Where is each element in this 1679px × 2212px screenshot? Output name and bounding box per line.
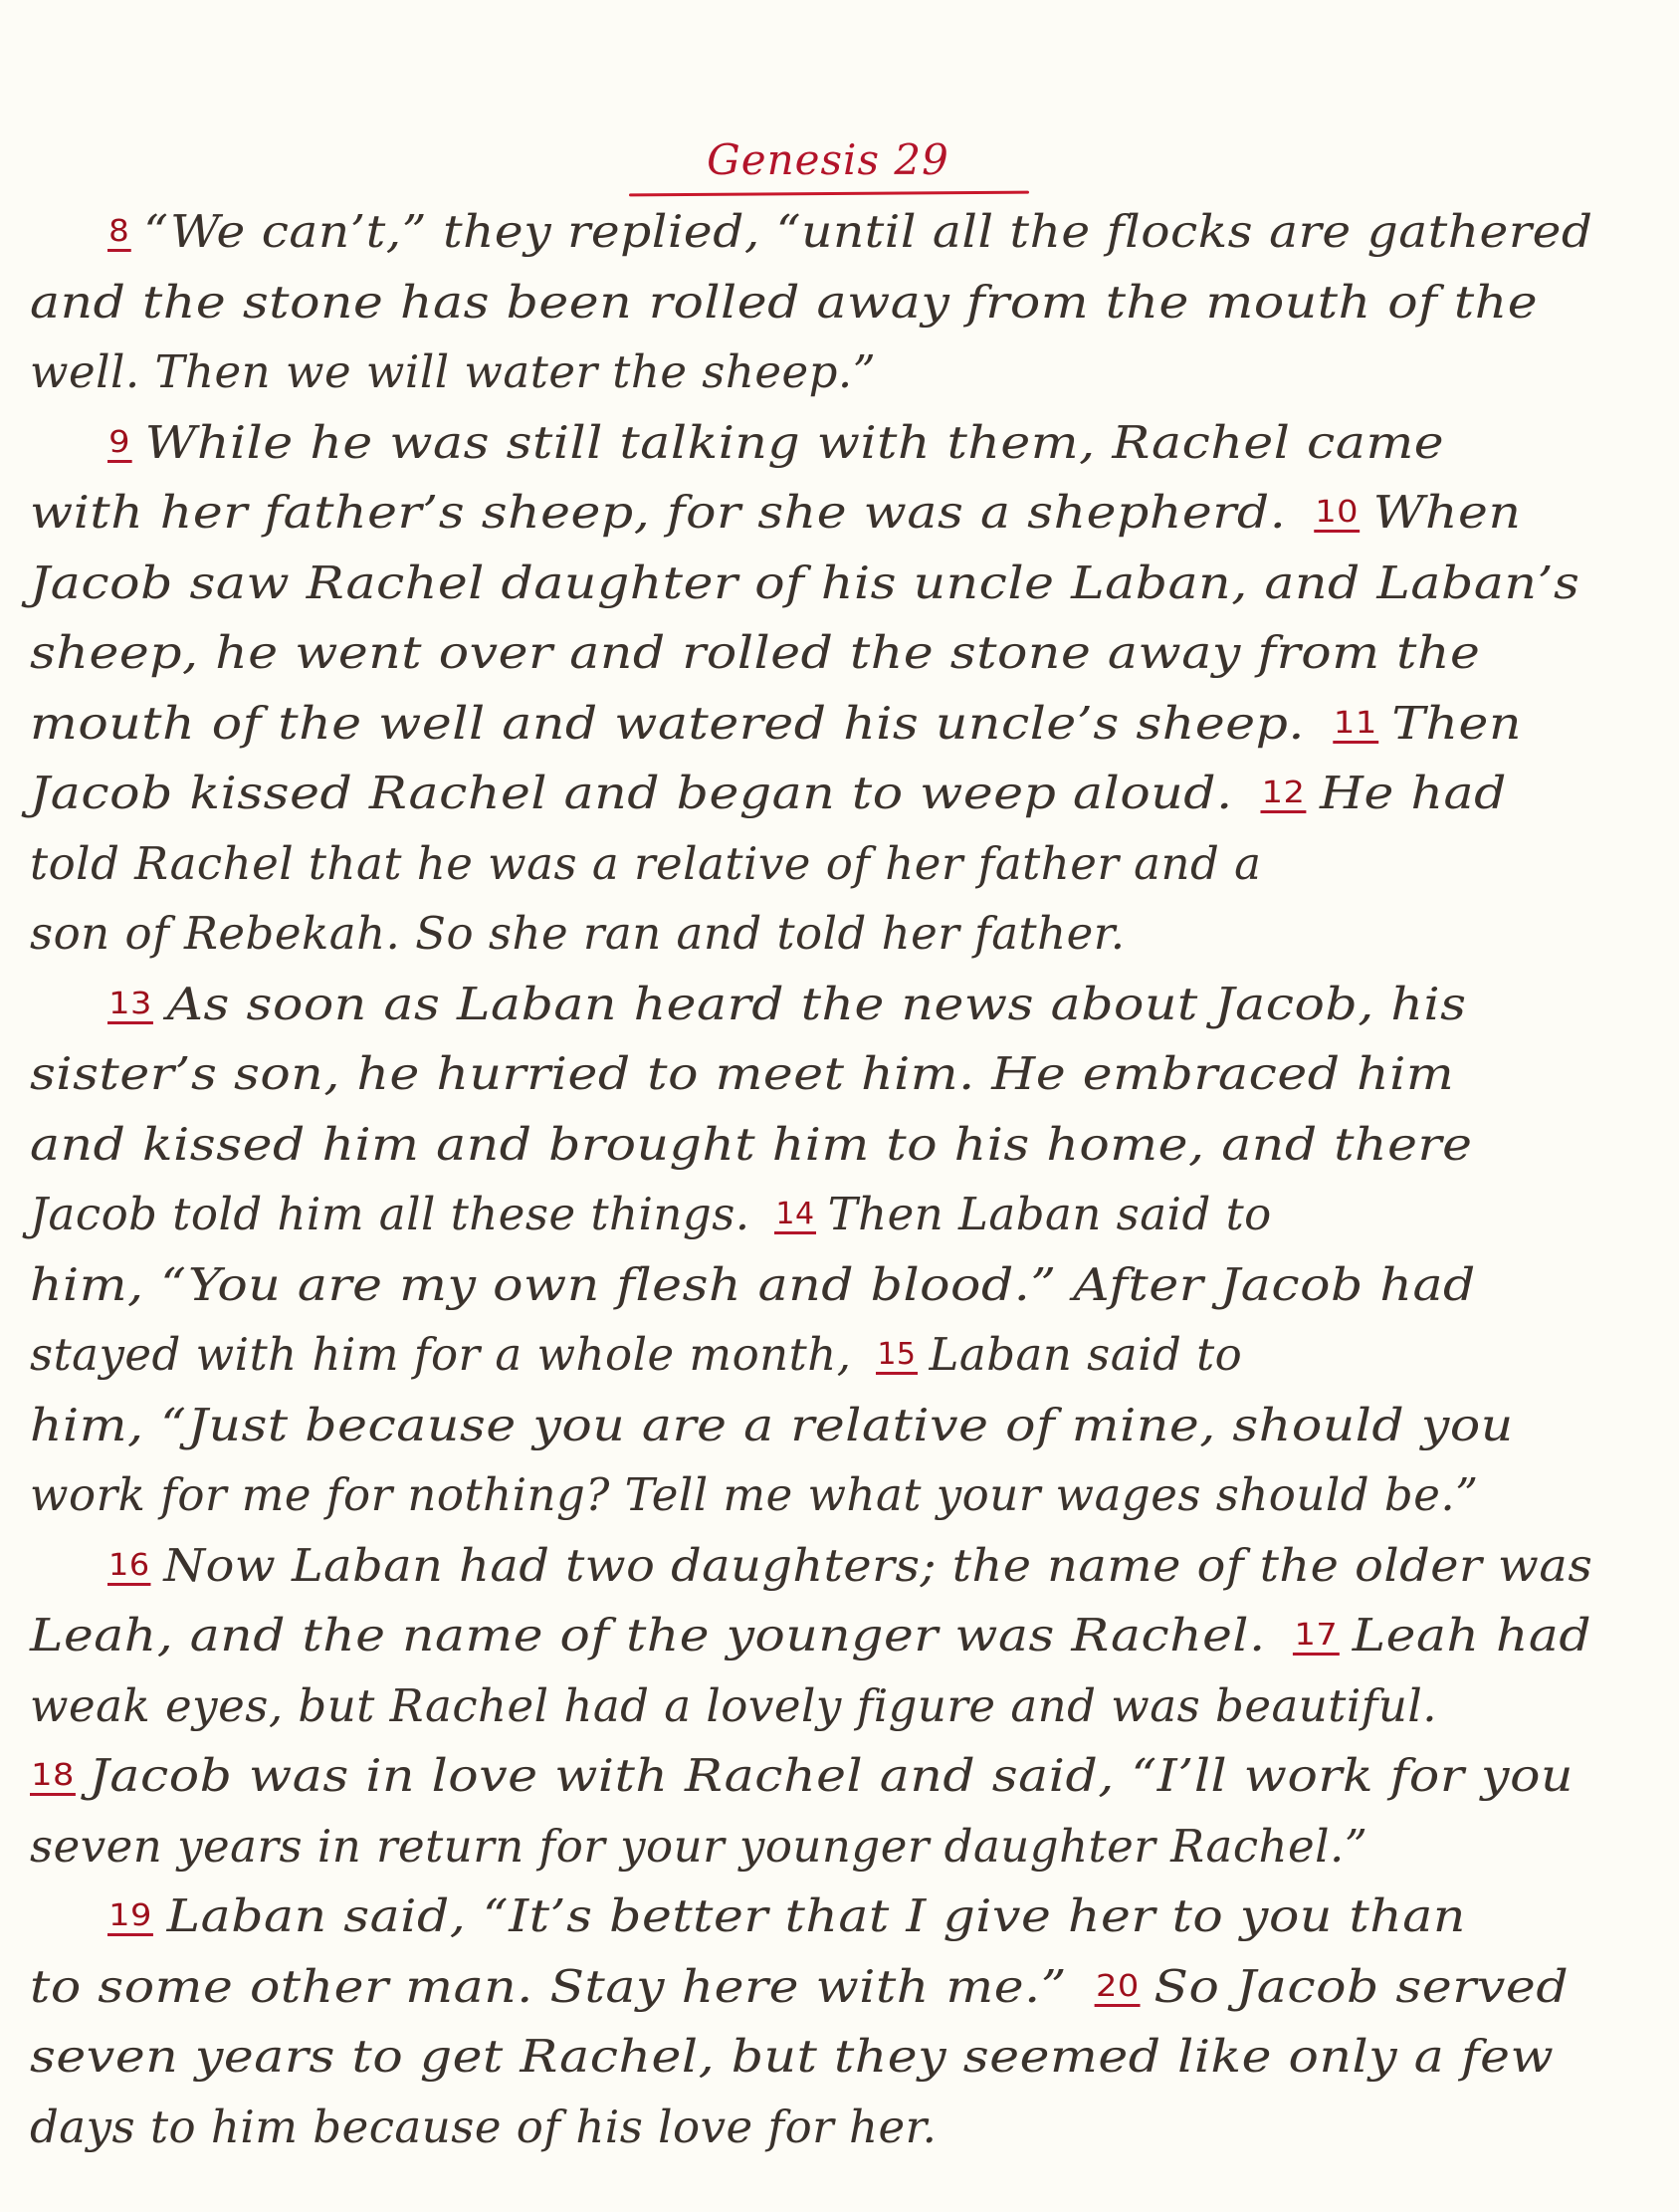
page-title-container: Genesis 29 xyxy=(629,139,1027,181)
verse-text: mouth of the well and watered his uncle’… xyxy=(30,697,1305,750)
handwritten-page: Genesis 29 8“We can’t,” they replied, “u… xyxy=(0,0,1679,2212)
verse-text: So Jacob served xyxy=(1154,1960,1569,2013)
text-line: Jacob told him all these things. 14Then … xyxy=(30,1192,1272,1236)
verse-text: son of Rebekah. So she ran and told her … xyxy=(30,907,1126,960)
text-line: 9While he was still talking with them, R… xyxy=(107,420,1444,465)
text-line: him, “You are my own flesh and blood.” A… xyxy=(30,1262,1476,1307)
verse-number: 16 xyxy=(107,1551,151,1586)
text-line: weak eyes, but Rachel had a lovely figur… xyxy=(30,1683,1437,1728)
text-line: Jacob kissed Rachel and began to weep al… xyxy=(30,771,1507,815)
verse-text: him, “Just because you are a relative of… xyxy=(30,1399,1514,1451)
text-line: mouth of the well and watered his uncle’… xyxy=(30,701,1522,746)
verse-text: Laban said, “It’s better that I give her… xyxy=(167,1889,1466,1942)
verse-text: Laban said to xyxy=(930,1328,1243,1381)
text-line: sheep, he went over and rolled the stone… xyxy=(30,630,1480,675)
text-line: 13As soon as Laban heard the news about … xyxy=(107,982,1467,1026)
text-line: told Rachel that he was a relative of he… xyxy=(30,841,1261,886)
verse-number: 10 xyxy=(1314,498,1360,533)
text-line: to some other man. Stay here with me.” 2… xyxy=(30,1964,1569,2009)
verse-number: 19 xyxy=(107,1901,153,1936)
text-line: sister’s son, he hurried to meet him. He… xyxy=(30,1051,1454,1096)
text-line: stayed with him for a whole month, 15Lab… xyxy=(30,1332,1242,1377)
text-line: 16Now Laban had two daughters; the name … xyxy=(107,1543,1592,1588)
verse-text: stayed with him for a whole month, xyxy=(30,1328,852,1381)
verse-text: “We can’t,” they replied, “until all the… xyxy=(143,205,1592,258)
verse-text: well. Then we will water the sheep.” xyxy=(30,345,876,398)
verse-number: 20 xyxy=(1095,1972,1141,2007)
verse-text: As soon as Laban heard the news about Ja… xyxy=(167,978,1467,1030)
verse-text: to some other man. Stay here with me.” xyxy=(30,1960,1067,2013)
text-line: Jacob saw Rachel daughter of his uncle L… xyxy=(30,560,1579,605)
verse-number: 18 xyxy=(30,1761,76,1796)
verse-text: Leah had xyxy=(1353,1609,1591,1661)
verse-text: While he was still talking with them, Ra… xyxy=(145,416,1445,469)
verse-number: 14 xyxy=(774,1200,815,1234)
verse-text: days to him because of his love for her. xyxy=(30,2101,937,2153)
verse-text: Then Laban said to xyxy=(828,1188,1272,1240)
verse-number: 15 xyxy=(876,1340,917,1375)
verse-text: Now Laban had two daughters; the name of… xyxy=(163,1539,1592,1592)
text-line: days to him because of his love for her. xyxy=(30,2104,937,2149)
text-line: work for me for nothing? Tell me what yo… xyxy=(30,1472,1479,1517)
text-line: with her father’s sheep, for she was a s… xyxy=(30,490,1521,535)
verse-text: seven years in return for your younger d… xyxy=(30,1820,1367,1873)
verse-text: He had xyxy=(1320,767,1507,819)
verse-number: 13 xyxy=(107,990,153,1024)
verse-text: and kissed him and brought him to his ho… xyxy=(30,1118,1473,1171)
verse-text: him, “You are my own flesh and blood.” A… xyxy=(30,1258,1476,1311)
verse-text: When xyxy=(1373,486,1522,539)
verse-text: told Rachel that he was a relative of he… xyxy=(30,837,1261,890)
verse-text: with her father’s sheep, for she was a s… xyxy=(30,486,1286,539)
verse-text: Jacob saw Rachel daughter of his uncle L… xyxy=(30,556,1579,609)
verse-text: Jacob kissed Rachel and began to weep al… xyxy=(30,767,1233,819)
text-line: seven years in return for your younger d… xyxy=(30,1824,1367,1869)
verse-number: 12 xyxy=(1260,778,1306,813)
verse-text: Jacob was in love with Rachel and said, … xyxy=(90,1749,1574,1802)
verse-text: sister’s son, he hurried to meet him. He… xyxy=(30,1047,1454,1100)
verse-text: weak eyes, but Rachel had a lovely figur… xyxy=(30,1679,1437,1732)
text-line: 19Laban said, “It’s better that I give h… xyxy=(107,1893,1466,1938)
text-line: 18Jacob was in love with Rachel and said… xyxy=(30,1753,1574,1798)
page-title: Genesis 29 xyxy=(707,139,949,181)
title-underline xyxy=(629,191,1029,197)
text-line: 8“We can’t,” they replied, “until all th… xyxy=(107,209,1592,254)
verse-text: work for me for nothing? Tell me what yo… xyxy=(30,1468,1479,1521)
verse-text: Jacob told him all these things. xyxy=(30,1188,750,1240)
verse-text: Leah, and the name of the younger was Ra… xyxy=(30,1609,1266,1661)
verse-text: Then xyxy=(1391,697,1522,750)
verse-text: and the stone has been rolled away from … xyxy=(30,276,1538,329)
verse-text: seven years to get Rachel, but they seem… xyxy=(30,2030,1554,2083)
verse-text: sheep, he went over and rolled the stone… xyxy=(30,626,1480,679)
text-line: Leah, and the name of the younger was Ra… xyxy=(30,1613,1591,1658)
text-line: and kissed him and brought him to his ho… xyxy=(30,1122,1473,1167)
verse-number: 11 xyxy=(1333,709,1378,744)
verse-number: 9 xyxy=(107,428,131,463)
text-line: him, “Just because you are a relative of… xyxy=(30,1403,1514,1447)
verse-number: 8 xyxy=(107,217,130,252)
text-line: well. Then we will water the sheep.” xyxy=(30,349,876,394)
text-line: son of Rebekah. So she ran and told her … xyxy=(30,911,1126,956)
verse-number: 17 xyxy=(1293,1621,1339,1656)
text-line: and the stone has been rolled away from … xyxy=(30,280,1538,325)
text-line: seven years to get Rachel, but they seem… xyxy=(30,2034,1554,2079)
